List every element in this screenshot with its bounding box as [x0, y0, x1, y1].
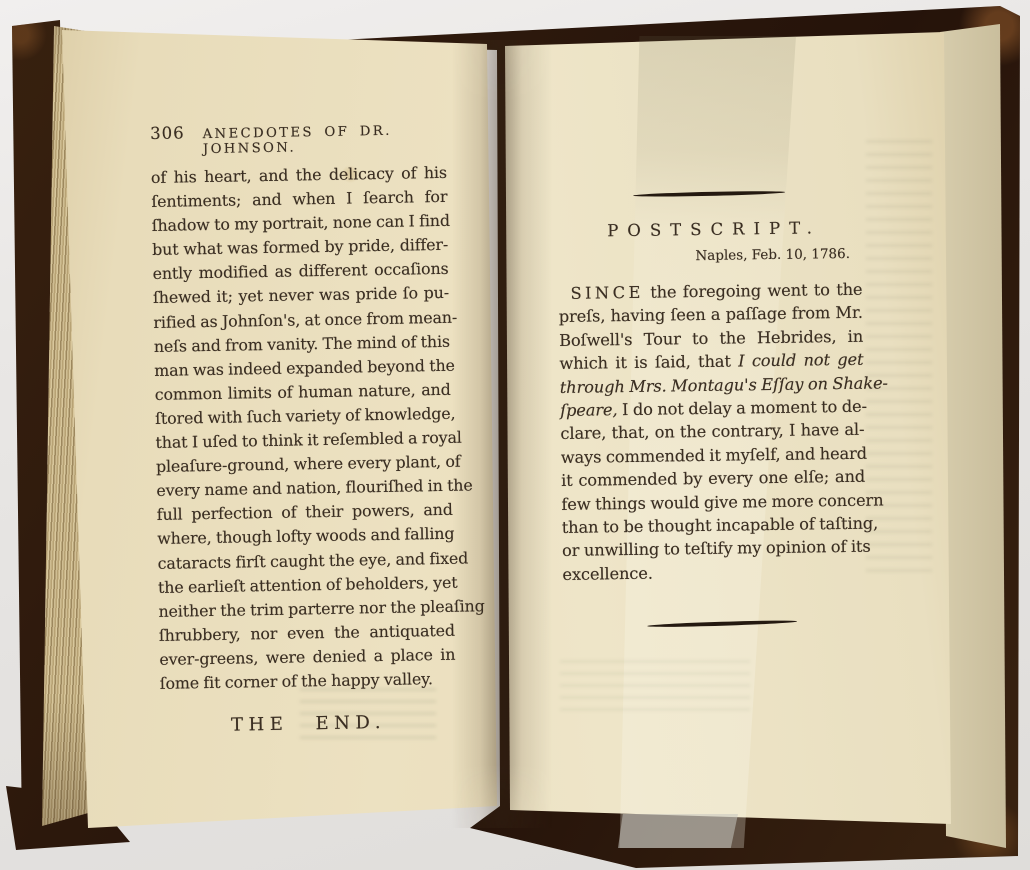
opening-word: SINCE [570, 283, 644, 303]
line-text: Boſwell's Tour to the Hebrides, in [559, 327, 863, 350]
postscript-body: SINCE the foregoing went to the preſs, h… [558, 278, 866, 586]
body-line: or unwilling to teſtify my opinion of it… [562, 535, 866, 563]
line-text: ways commended it myſelf, and heard [561, 444, 867, 467]
line-text: clare, that, on the contrary, I have al- [560, 420, 864, 443]
line-text: few things would give me more concern [561, 490, 883, 513]
left-page-text: 306 ANECDOTES OF DR. JOHNSON. of his hea… [150, 119, 457, 737]
line-text: the foregoing went to the [644, 280, 863, 302]
running-header: 306 ANECDOTES OF DR. JOHNSON. [150, 119, 447, 158]
body-line: ſome fit corner of the happy valley. [160, 667, 456, 696]
line-text-italic: I could not get [738, 350, 864, 371]
right-page-text: POSTSCRIPT. Naples, Feb. 10, 1786. SINCE… [557, 182, 867, 628]
section-rule-top [633, 190, 785, 197]
show-through-right-bottom [560, 660, 750, 718]
body-line: excellence. [562, 559, 866, 587]
line-text: or unwilling to teſtify my opinion of it… [562, 537, 871, 560]
line-text: which it is ſaid, that [559, 352, 738, 373]
line-text-italic: ſpeare, [560, 400, 618, 420]
line-text: I do not delay a moment to de- [617, 397, 867, 419]
postscript-heading: POSTSCRIPT. [558, 218, 862, 241]
page-number: 306 [150, 123, 185, 143]
line-text: excellence. [562, 564, 653, 584]
running-title: ANECDOTES OF DR. JOHNSON. [203, 123, 447, 157]
book-photo: 306 ANECDOTES OF DR. JOHNSON. of his hea… [0, 0, 1030, 870]
repair-tape [618, 814, 738, 848]
line-text-italic: through Mrs. Montagu's Eſſay on Shake- [560, 373, 888, 397]
line-text: preſs, having ſeen a paſſage from Mr. [559, 303, 863, 326]
dateline: Naples, Feb. 10, 1786. [558, 246, 862, 266]
gutter-shadow [452, 40, 552, 828]
line-text: than to be thought incapable of taſting, [562, 514, 879, 537]
line-text: it commended by every one elſe; and [561, 467, 865, 490]
